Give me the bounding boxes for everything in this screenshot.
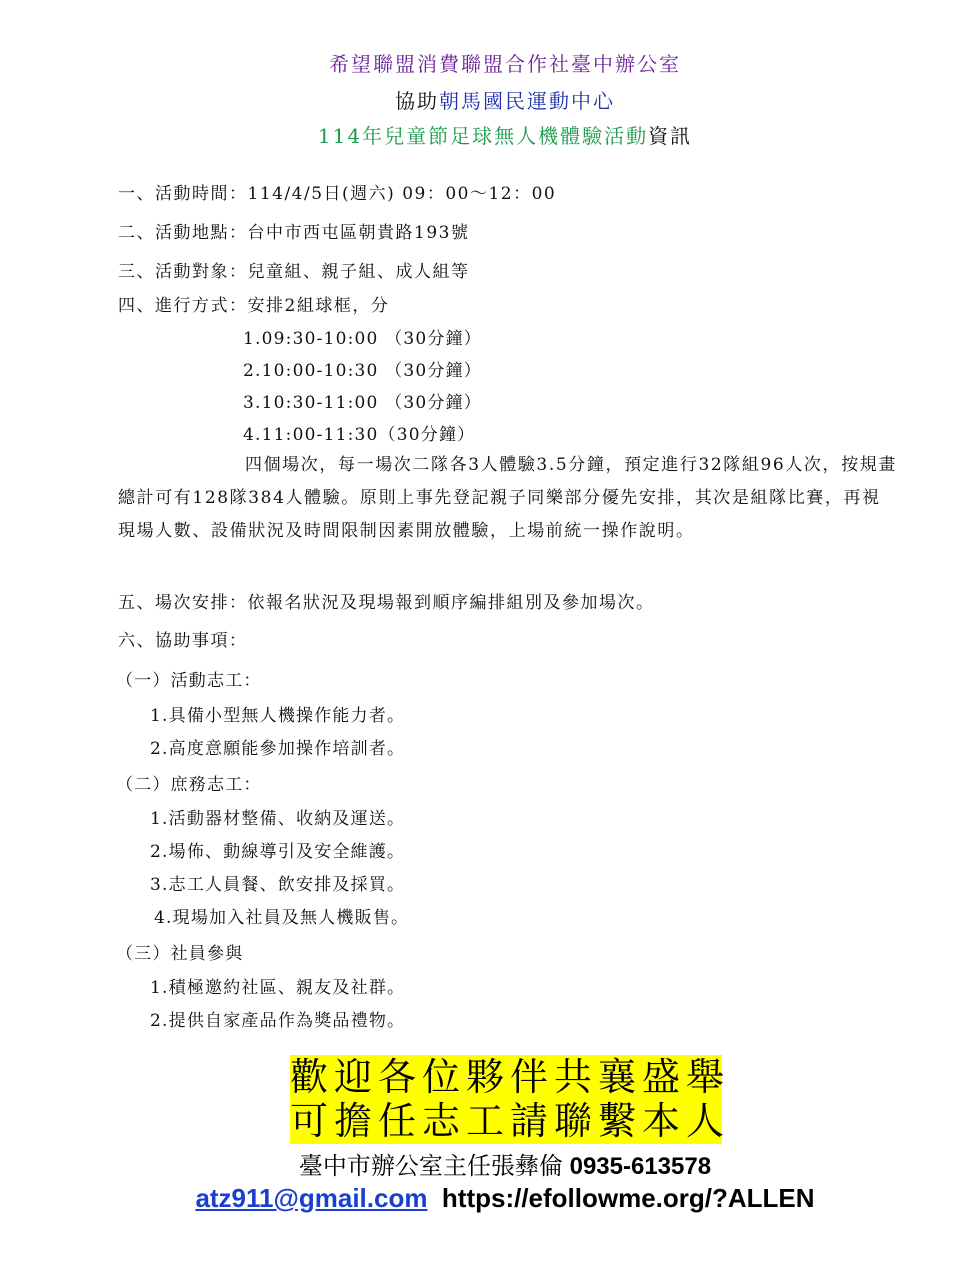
group-volunteer-title: （一）活動志工： xyxy=(116,666,262,691)
session-4: 4.11:00-11:30（30分鐘） xyxy=(243,420,475,445)
volunteer-banner: 可擔任志工請聯繫本人 xyxy=(290,1099,722,1144)
item-target: 三、活動對象：兒童組、親子組、成人組等 xyxy=(118,257,470,282)
contact-name: 臺中市辦公室主任張彝倫 xyxy=(299,1152,563,1180)
email-link[interactable]: atz911@gmail.com xyxy=(195,1183,427,1213)
organization-title: 希望聯盟消費聯盟合作社臺中辦公室 xyxy=(0,48,980,77)
event-title-line: 114年兒童節足球無人機體驗活動資訊 xyxy=(0,120,980,149)
description-paragraph: 四個場次，每一場次二隊各3人體驗3.5分鐘，預定進行32隊組96人次，按規畫總計… xyxy=(118,449,898,548)
group-volunteer-item: 1.具備小型無人機操作能力者。 xyxy=(150,701,405,726)
group-general-item: 3.志工人員餐、飲安排及採買。 xyxy=(150,870,405,895)
group-general-item: 2.場佈、動線導引及安全維護。 xyxy=(150,837,405,862)
welcome-banner: 歡迎各位夥伴共襄盛舉 xyxy=(290,1055,722,1100)
session-1: 1.09:30-10:00 （30分鐘） xyxy=(243,324,482,349)
item-time: 一、活動時間：114/4/5日(週六) 09：00～12：00 xyxy=(118,179,556,204)
contact-line: 臺中市辦公室主任張彝倫 0935-613578 xyxy=(0,1146,980,1181)
website-url[interactable]: https://efollowme.org/?ALLEN xyxy=(442,1183,815,1213)
item-method: 四、進行方式：安排2組球框，分 xyxy=(118,291,389,316)
session-2: 2.10:00-10:30 （30分鐘） xyxy=(243,356,482,381)
group-general-title: （二）庶務志工： xyxy=(116,770,262,795)
event-title: 114年兒童節足球無人機體驗活動 xyxy=(318,124,648,148)
assist-prefix: 協助 xyxy=(395,89,439,113)
session-3: 3.10:30-11:00 （30分鐘） xyxy=(243,388,482,413)
contact-phone: 0935-613578 xyxy=(570,1153,711,1180)
event-title-suffix: 資訊 xyxy=(648,124,692,148)
contact-links: atz911@gmail.com https://efollowme.org/?… xyxy=(0,1183,980,1214)
group-member-item: 1.積極邀約社區、親友及社群。 xyxy=(150,973,405,998)
sports-center-name: 朝馬國民運動中心 xyxy=(439,89,615,113)
group-general-item: 4.現場加入社員及無人機販售。 xyxy=(154,903,409,928)
group-member-item: 2.提供自家產品作為獎品禮物。 xyxy=(150,1006,405,1031)
group-member-title: （三）社員參與 xyxy=(116,939,243,964)
group-general-item: 1.活動器材整備、收納及運送。 xyxy=(150,804,405,829)
group-volunteer-item: 2.高度意願能參加操作培訓者。 xyxy=(150,734,405,759)
assist-line: 協助朝馬國民運動中心 xyxy=(0,85,980,114)
assist-title: 六、協助事項： xyxy=(118,626,248,651)
item-arrangement: 五、場次安排：依報名狀況及現場報到順序編排組別及參加場次。 xyxy=(118,588,655,613)
item-place: 二、活動地點：台中市西屯區朝貴路193號 xyxy=(118,218,469,243)
